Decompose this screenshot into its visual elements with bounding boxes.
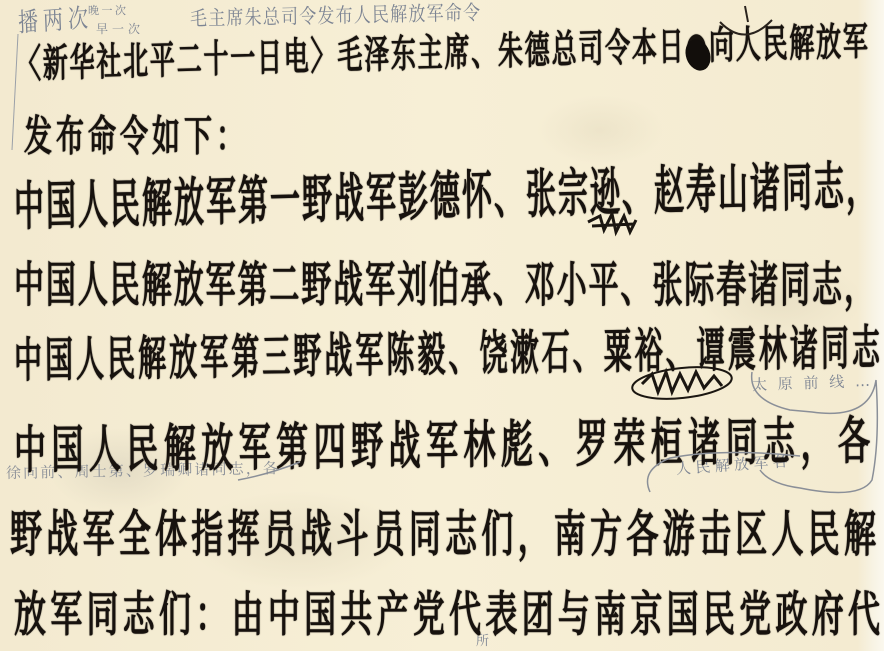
pencil-underline-left-insert <box>238 462 300 480</box>
pencil-loop-taiyuan <box>752 372 878 493</box>
ink-blot-mark <box>681 36 714 74</box>
strike-scribble-line5 <box>642 372 722 392</box>
editorial-marks <box>0 0 884 651</box>
pencil-guide-line-left <box>12 34 18 150</box>
insertion-tick-icon <box>745 6 748 22</box>
strike-scribble-line3 <box>588 214 636 232</box>
pencil-loop-right-insert <box>648 452 801 492</box>
insertion-caret-icon <box>720 20 772 35</box>
